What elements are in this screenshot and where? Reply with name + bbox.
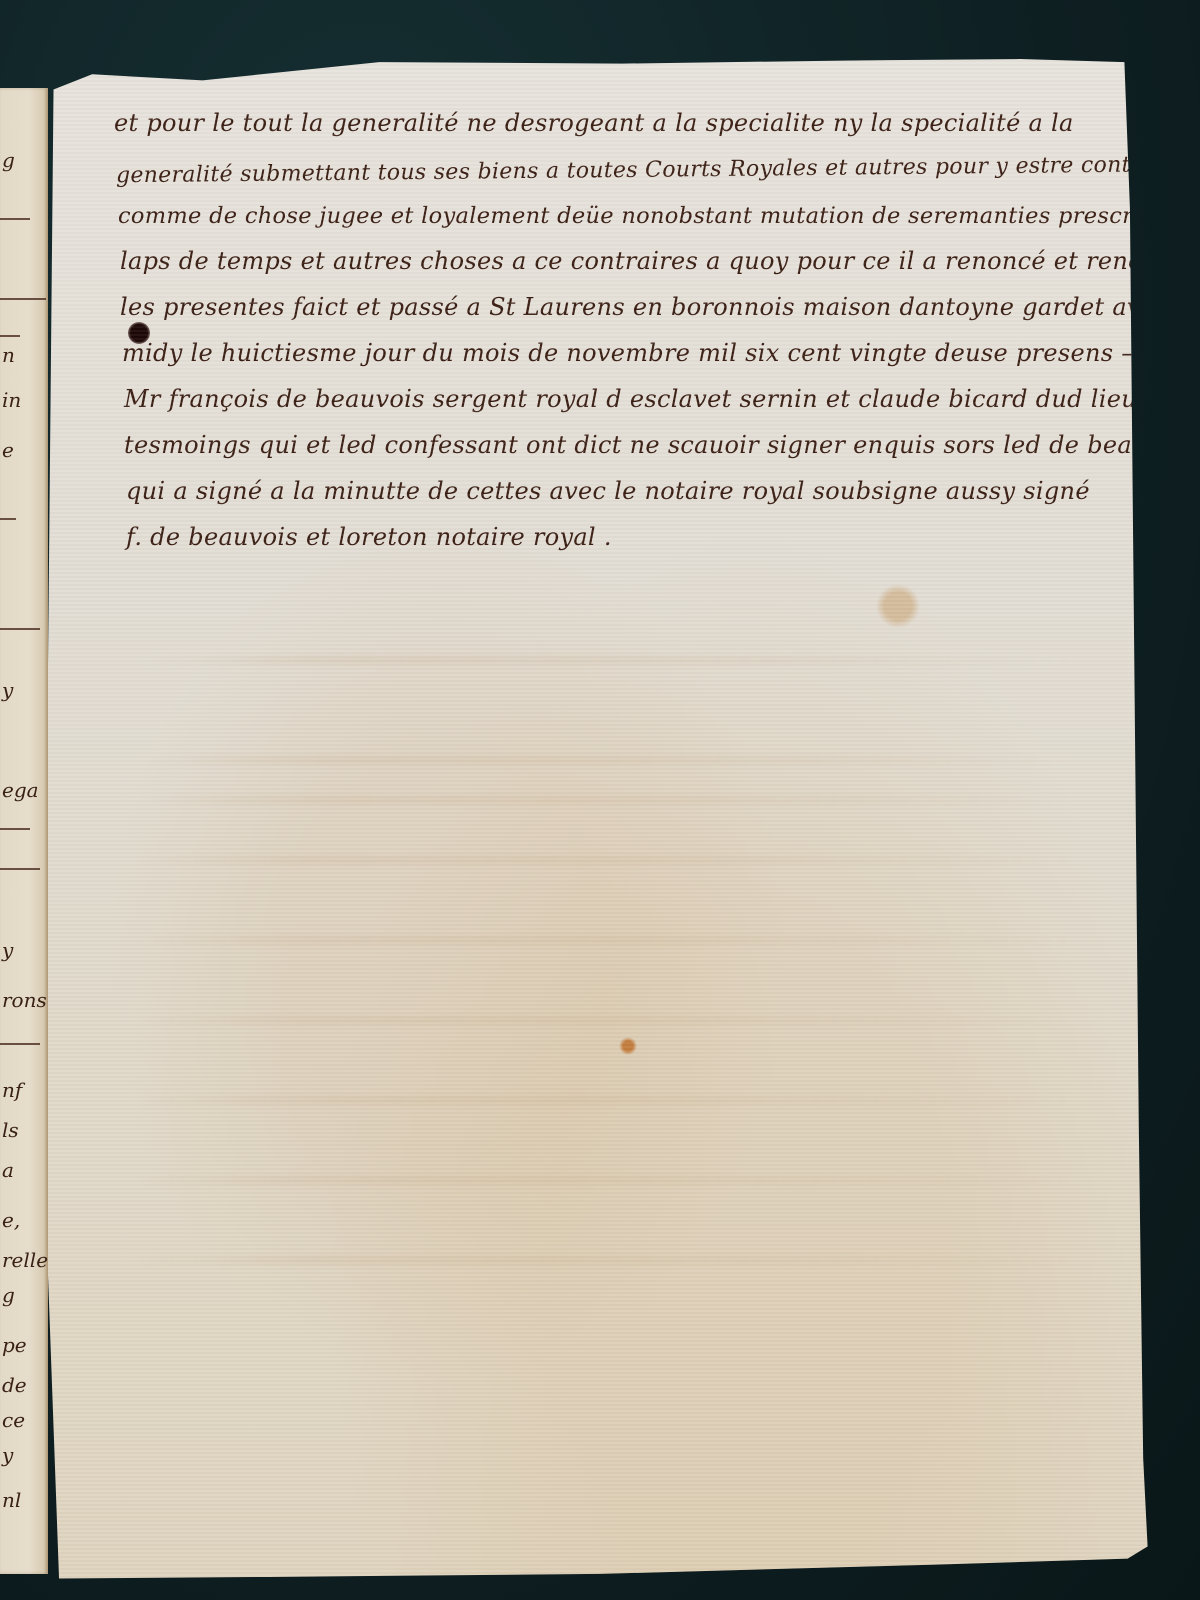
manuscript-line: Mr françois de beauvois sergent royal d …: [124, 376, 1134, 422]
manuscript-text: et pour le tout la generalité ne desroge…: [114, 100, 1124, 560]
margin-fragment: g: [2, 1283, 15, 1307]
show-through: [138, 1016, 1072, 1024]
margin-fragment: ega: [2, 778, 39, 802]
margin-fragment: ls: [2, 1118, 19, 1142]
margin-fragment: nl: [2, 1488, 21, 1512]
manuscript-page: et pour le tout la generalité ne desroge…: [48, 56, 1152, 1580]
margin-rule: [0, 868, 40, 870]
margin-fragment: a: [2, 1158, 14, 1182]
margin-rule: [0, 628, 40, 630]
margin-fragment: y: [2, 938, 13, 962]
margin-fragment: y: [2, 678, 13, 702]
manuscript-line: comme de chose jugee et loyalement deüe …: [118, 192, 1128, 238]
show-through: [138, 856, 1072, 864]
manuscript-line: midy le huictiesme jour du mois de novem…: [122, 330, 1132, 376]
show-through: [138, 1256, 1072, 1264]
show-through: [138, 1096, 1072, 1104]
margin-fragment: y: [2, 1443, 13, 1467]
margin-fragment: e: [2, 438, 14, 462]
margin-fragment: nf: [2, 1078, 22, 1102]
show-through: [138, 1176, 1072, 1184]
margin-fragment: pe: [2, 1333, 27, 1357]
margin-rule: [0, 518, 16, 520]
photo-scene: gnineyegayronsnflsae,rellegpedeceynl et …: [0, 0, 1200, 1600]
margin-fragment: e,: [2, 1208, 20, 1232]
manuscript-line: generalité submettant tous ses biens a t…: [116, 141, 1126, 198]
show-through: [138, 936, 1072, 944]
margin-fragment: n: [2, 343, 15, 367]
show-through: [138, 796, 1072, 804]
manuscript-line: les presentes faict et passé a St Lauren…: [120, 284, 1130, 330]
margin-rule: [0, 218, 30, 220]
margin-fragment: rons: [2, 988, 47, 1012]
manuscript-line: qui a signé a la minutte de cettes avec …: [126, 468, 1136, 514]
margin-fragment: in: [2, 388, 21, 412]
margin-fragment: ce: [2, 1408, 25, 1432]
manuscript-line: laps de temps et autres choses a ce cont…: [120, 238, 1130, 284]
facing-page-fragment: gnineyegayronsnflsae,rellegpedeceynl: [0, 88, 48, 1574]
margin-rule: [0, 335, 20, 337]
margin-fragment: de: [2, 1373, 27, 1397]
manuscript-line: et pour le tout la generalité ne desroge…: [114, 100, 1124, 146]
show-through: [138, 656, 1072, 664]
show-through: [138, 756, 1072, 764]
margin-fragment: relle: [2, 1248, 48, 1272]
margin-rule: [0, 1043, 40, 1045]
manuscript-line: f. de beauvois et loreton notaire royal …: [126, 514, 1136, 560]
margin-rule: [0, 828, 30, 830]
margin-rule: [0, 298, 46, 300]
manuscript-line: tesmoings qui et led confessant ont dict…: [124, 422, 1134, 468]
margin-fragment: g: [2, 148, 15, 172]
